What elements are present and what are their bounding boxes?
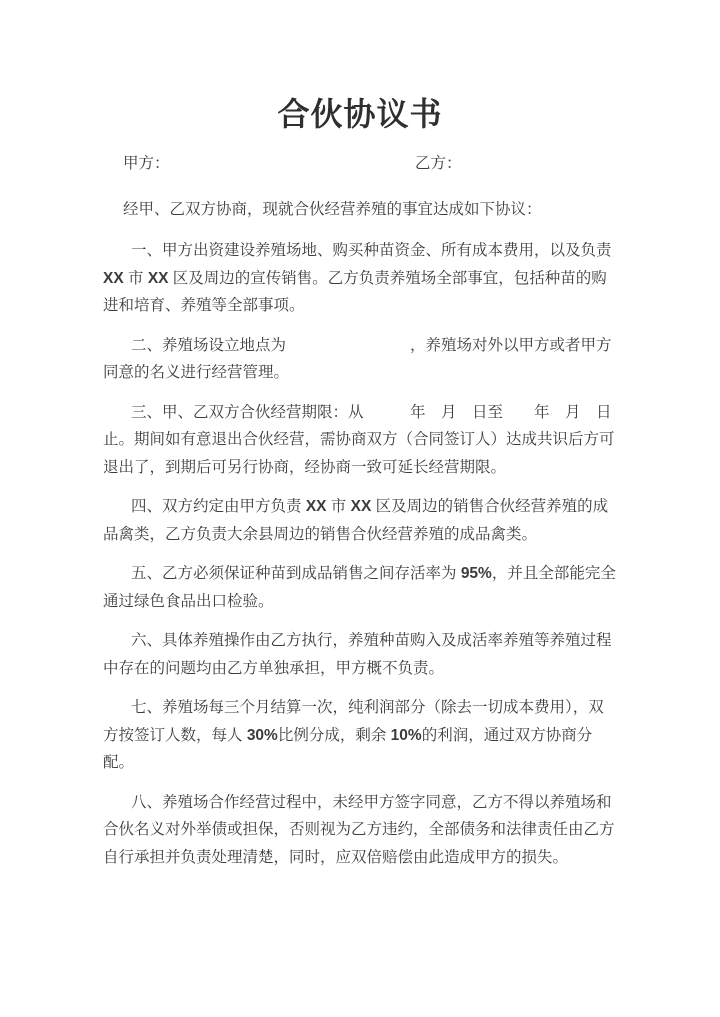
clause-paragraph: 五、乙方必须保证种苗到成品销售之间存活率为 95%，并且全部能完全通过绿色食品出… bbox=[103, 560, 617, 615]
clause-text-segment: 一、甲方出资建设养殖场地、购买种苗资金、所有成本费用，以及负责 bbox=[131, 242, 616, 259]
document-title: 合伙协议书 bbox=[103, 92, 617, 136]
clause-text-segment: 二、养殖场设立地点为 ，养殖场对外以甲方或者甲方同意的名义进行经营管理。 bbox=[103, 337, 612, 382]
clause-text-segment: 八、养殖场合作经营过程中，未经甲方签字同意，乙方不得以养殖场和合伙名义对外举债或… bbox=[103, 794, 615, 866]
clause-paragraph: 四、双方约定由甲方负责 XX 市 XX 区及周边的销售合伙经营养殖的成品禽类，乙… bbox=[103, 493, 617, 548]
clause-bold-value: 95% bbox=[461, 565, 492, 582]
clause-paragraph: 八、养殖场合作经营过程中，未经甲方签字同意，乙方不得以养殖场和合伙名义对外举债或… bbox=[103, 789, 617, 872]
clause-text-segment: 三、甲、乙双方合伙经营期限：从 年 月 日至 年 月 日止。期间如有意退出合伙经… bbox=[103, 404, 615, 476]
clause-paragraph: 一、甲方出资建设养殖场地、购买种苗资金、所有成本费用，以及负责 XX 市 XX … bbox=[103, 237, 617, 320]
party-b-label: 乙方： bbox=[415, 150, 462, 178]
clause-paragraph: 三、甲、乙双方合伙经营期限：从 年 月 日至 年 月 日止。期间如有意退出合伙经… bbox=[103, 399, 617, 482]
clause-bold-value: 30% bbox=[247, 727, 278, 744]
clause-bold-value: XX bbox=[148, 270, 169, 287]
party-a-label: 甲方： bbox=[123, 150, 415, 178]
intro-paragraph: 经甲、乙双方协商，现就合伙经营养殖的事宜达成如下协议： bbox=[103, 196, 617, 224]
party-row: 甲方： 乙方： bbox=[103, 150, 617, 178]
clause-bold-value: XX bbox=[306, 498, 327, 515]
clause-paragraph: 七、养殖场每三个月结算一次，纯利润部分（除去一切成本费用），双方按签订人数，每人… bbox=[103, 694, 617, 777]
clause-text-segment: 市 bbox=[327, 498, 351, 515]
clause-text-segment: 比例分成，剩余 bbox=[278, 727, 391, 744]
clause-bold-value: XX bbox=[351, 498, 372, 515]
clause-text-segment: 六、具体养殖操作由乙方执行，养殖种苗购入及成活率养殖等养殖过程中存在的问题均由乙… bbox=[103, 632, 612, 677]
clause-text-segment: 区及周边的宣传销售。乙方负责养殖场全部事宜，包括种苗的购进和培育、养殖等全部事项… bbox=[103, 270, 607, 315]
clause-list: 一、甲方出资建设养殖场地、购买种苗资金、所有成本费用，以及负责 XX 市 XX … bbox=[103, 237, 617, 871]
clause-paragraph: 二、养殖场设立地点为 ，养殖场对外以甲方或者甲方同意的名义进行经营管理。 bbox=[103, 332, 617, 387]
clause-text-segment: 四、双方约定由甲方负责 bbox=[131, 498, 306, 515]
clause-bold-value: XX bbox=[103, 270, 124, 287]
clause-paragraph: 六、具体养殖操作由乙方执行，养殖种苗购入及成活率养殖等养殖过程中存在的问题均由乙… bbox=[103, 627, 617, 682]
clause-text-segment: 市 bbox=[124, 270, 148, 287]
clause-text-segment: 五、乙方必须保证种苗到成品销售之间存活率为 bbox=[131, 565, 461, 582]
clause-bold-value: 10% bbox=[391, 727, 422, 744]
document-page: 合伙协议书 甲方： 乙方： 经甲、乙双方协商，现就合伙经营养殖的事宜达成如下协议… bbox=[0, 0, 720, 1017]
